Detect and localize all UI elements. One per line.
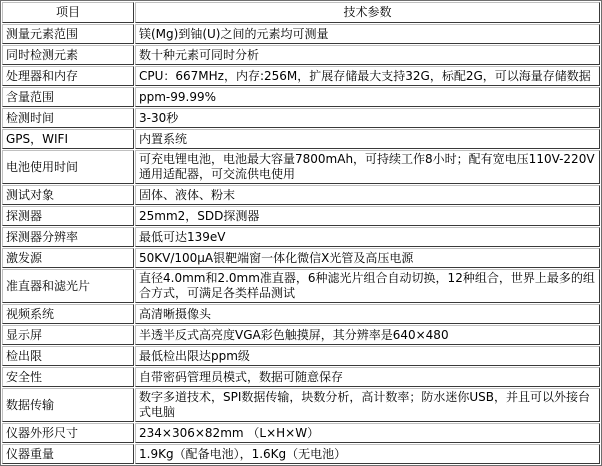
table-row: 激发源50KV/100μA银靶端窗一体化微信X光管及高压电源 bbox=[2, 248, 600, 268]
spec-item-label: 探测器分辨率 bbox=[2, 227, 134, 247]
table-row: 处理器和内存CPU：667MHz，内存:256M，扩展存储最大支持32G，标配2… bbox=[2, 66, 600, 86]
spec-item-value: 1.9Kg（配备电池），1.6Kg（无电池） bbox=[135, 444, 600, 464]
spec-item-label: 视频系统 bbox=[2, 304, 134, 324]
spec-item-label: 同时检测元素 bbox=[2, 45, 134, 65]
table-row: 显示屏半透半反式高亮度VGA彩色触摸屏，其分辨率是640×480 bbox=[2, 325, 600, 345]
table-row: 测试对象固体、液体、粉末 bbox=[2, 185, 600, 205]
spec-item-value: CPU：667MHz，内存:256M，扩展存储最大支持32G，标配2G，可以海量… bbox=[135, 66, 600, 86]
spec-item-label: 测量元素范围 bbox=[2, 24, 134, 44]
table-row: 探测器分辨率最低可达139eV bbox=[2, 227, 600, 247]
table-row: 含量范围ppm-99.99% bbox=[2, 87, 600, 107]
spec-item-label: 显示屏 bbox=[2, 325, 134, 345]
spec-item-label: 仪器外形尺寸 bbox=[2, 423, 134, 443]
spec-item-label: 安全性 bbox=[2, 367, 134, 387]
spec-item-value: 最低检出限达ppm级 bbox=[135, 346, 600, 366]
table-row: 检出限最低检出限达ppm级 bbox=[2, 346, 600, 366]
spec-item-label: 电池使用时间 bbox=[2, 150, 134, 184]
spec-item-value: ppm-99.99% bbox=[135, 87, 600, 107]
header-row: 项目 技术参数 bbox=[2, 2, 600, 23]
spec-item-label: 激发源 bbox=[2, 248, 134, 268]
table-row: 仪器外形尺寸234×306×82mm （L×H×W） bbox=[2, 423, 600, 443]
spec-item-label: 测试对象 bbox=[2, 185, 134, 205]
spec-item-value: 可充电锂电池，电池最大容量7800mAh，可持续工作8小时；配有宽电压110V-… bbox=[135, 150, 600, 184]
spec-item-label: 检出限 bbox=[2, 346, 134, 366]
table-row: 安全性自带密码管理员模式，数据可随意保存 bbox=[2, 367, 600, 387]
spec-item-value: 50KV/100μA银靶端窗一体化微信X光管及高压电源 bbox=[135, 248, 600, 268]
spec-item-value: 固体、液体、粉末 bbox=[135, 185, 600, 205]
table-row: 检测时间3-30秒 bbox=[2, 108, 600, 128]
spec-item-value: 3-30秒 bbox=[135, 108, 600, 128]
spec-item-label: 检测时间 bbox=[2, 108, 134, 128]
spec-item-label: 含量范围 bbox=[2, 87, 134, 107]
spec-item-value: 数字多道技术，SPI数据传输，块数分析，高计数率；防水迷你USB，并且可以外接台… bbox=[135, 388, 600, 422]
table-row: 测量元素范围镁(Mg)到铀(U)之间的元素均可测量 bbox=[2, 24, 600, 44]
table-row: 仪器重量1.9Kg（配备电池），1.6Kg（无电池） bbox=[2, 444, 600, 464]
table-row: 数据传输数字多道技术，SPI数据传输，块数分析，高计数率；防水迷你USB，并且可… bbox=[2, 388, 600, 422]
spec-item-label: 探测器 bbox=[2, 206, 134, 226]
spec-item-label: GPS，WIFI bbox=[2, 129, 134, 149]
spec-item-value: 自带密码管理员模式，数据可随意保存 bbox=[135, 367, 600, 387]
table-row: 电池使用时间可充电锂电池，电池最大容量7800mAh，可持续工作8小时；配有宽电… bbox=[2, 150, 600, 184]
spec-item-label: 准直器和滤光片 bbox=[2, 269, 134, 303]
spec-item-label: 处理器和内存 bbox=[2, 66, 134, 86]
table-row: 准直器和滤光片直径4.0mm和2.0mm准直器，6种滤光片组合自动切换，12种组… bbox=[2, 269, 600, 303]
table-row: 探测器25mm2，SDD探测器 bbox=[2, 206, 600, 226]
spec-table-body: 测量元素范围镁(Mg)到铀(U)之间的元素均可测量同时检测元素数十种元素可同时分… bbox=[2, 24, 600, 464]
spec-item-value: 高清晰摄像头 bbox=[135, 304, 600, 324]
table-row: 视频系统高清晰摄像头 bbox=[2, 304, 600, 324]
table-row: GPS，WIFI内置系统 bbox=[2, 129, 600, 149]
spec-item-value: 25mm2，SDD探测器 bbox=[135, 206, 600, 226]
spec-item-value: 234×306×82mm （L×H×W） bbox=[135, 423, 600, 443]
spec-item-value: 内置系统 bbox=[135, 129, 600, 149]
spec-item-value: 直径4.0mm和2.0mm准直器，6种滤光片组合自动切换，12种组合，世界上最多… bbox=[135, 269, 600, 303]
spec-table: 项目 技术参数 测量元素范围镁(Mg)到铀(U)之间的元素均可测量同时检测元素数… bbox=[0, 0, 602, 466]
spec-item-value: 最低可达139eV bbox=[135, 227, 600, 247]
spec-item-value: 半透半反式高亮度VGA彩色触摸屏，其分辨率是640×480 bbox=[135, 325, 600, 345]
spec-table-header: 项目 技术参数 bbox=[2, 2, 600, 23]
header-value-column: 技术参数 bbox=[135, 2, 600, 23]
spec-item-label: 数据传输 bbox=[2, 388, 134, 422]
spec-item-value: 数十种元素可同时分析 bbox=[135, 45, 600, 65]
table-row: 同时检测元素数十种元素可同时分析 bbox=[2, 45, 600, 65]
spec-item-label: 仪器重量 bbox=[2, 444, 134, 464]
spec-item-value: 镁(Mg)到铀(U)之间的元素均可测量 bbox=[135, 24, 600, 44]
header-item-column: 项目 bbox=[2, 2, 134, 23]
